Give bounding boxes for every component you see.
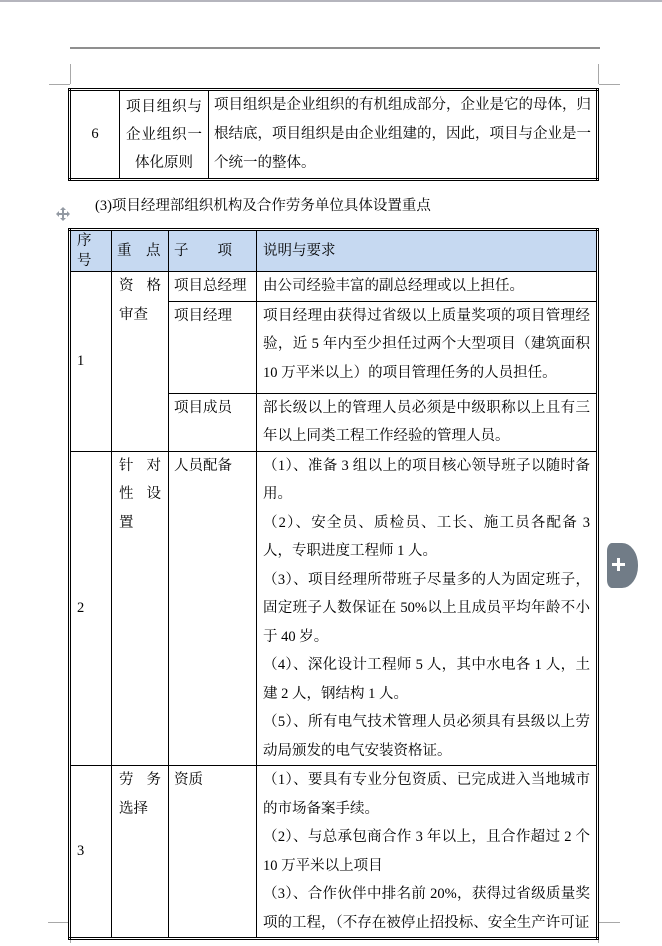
column-header-subitem: 子 项	[169, 230, 257, 272]
column-header-focus: 重 点	[112, 230, 169, 272]
focus-cell: 针对性设置	[112, 451, 169, 766]
crop-mark-bottom-left	[48, 922, 70, 923]
row-number-cell: 6	[70, 90, 120, 180]
window-top-edge	[0, 0, 662, 2]
header-row: 序号 重 点 子 项 说明与要求	[70, 230, 598, 272]
column-header-requirements: 说明与要求	[257, 230, 598, 272]
principle-desc-cell: 项目组织是企业组织的有机组成部分，企业是它的母体，归根结底，项目组织是由企业组建…	[209, 90, 598, 180]
row-number-cell: 2	[70, 451, 112, 766]
requirement-paragraph: （2）、与总承包商合作 3 年以上，且合作超过 2 个 10 万平米以上项目	[263, 823, 590, 880]
row-number-cell: 1	[70, 272, 112, 452]
requirement-cell: 由公司经验丰富的副总经理或以上担任。	[257, 272, 598, 302]
focus-cell: 资格审查	[112, 272, 169, 452]
table-row: 2 针对性设置 人员配备 （1）、准备 3 组以上的项目核心领导班子以随时备用。…	[70, 451, 598, 766]
table-row: 3 劳务选择 资质 （1）、要具有专业分包资质、已完成进入当地城市的市场备案手续…	[70, 766, 598, 939]
subitem-cell: 项目总经理	[169, 272, 257, 302]
table-row: 1 资格审查 项目总经理 由公司经验丰富的副总经理或以上担任。	[70, 272, 598, 302]
requirement-cell: （1）、准备 3 组以上的项目核心领导班子以随时备用。 （2）、安全员、质检员、…	[257, 451, 598, 766]
requirement-paragraph: （3）、项目经理所带班子尽量多的人为固定班子，固定班子人数保证在 50%以上且成…	[263, 566, 590, 652]
requirement-cell: 项目经理由获得过省级以上质量奖项的项目管理经验，近 5 年内至少担任过两个大型项…	[257, 301, 598, 393]
side-expand-button[interactable]	[607, 543, 638, 588]
table-row: 6 项目组织与企业组织一体化原则 项目组织是企业组织的有机组成部分，企业是它的母…	[70, 90, 598, 180]
requirement-paragraph: （1）、准备 3 组以上的项目核心领导班子以随时备用。	[263, 452, 590, 509]
requirement-cell: （1）、要具有专业分包资质、已完成进入当地城市的市场备案手续。 （2）、与总承包…	[257, 766, 598, 939]
table-move-handle-icon[interactable]	[56, 207, 70, 221]
crop-mark-top-right	[598, 64, 599, 84]
requirement-cell: 部长级以上的管理人员必须是中级职称以上且有三年以上同类工程工作经验的管理人员。	[257, 393, 598, 451]
requirement-paragraph: （4）、深化设计工程师 5 人，其中水电各 1 人，土建 2 人，钢结构 1 人…	[263, 651, 590, 708]
column-header-no: 序号	[70, 230, 112, 272]
principles-table: 6 项目组织与企业组织一体化原则 项目组织是企业组织的有机组成部分，企业是它的母…	[68, 88, 599, 181]
crop-mark-bottom-right	[598, 922, 620, 923]
setup-table: 序号 重 点 子 项 说明与要求 1 资格审查 项目总经理 由公司经验丰富的副总…	[68, 228, 599, 940]
subitem-cell: 项目经理	[169, 301, 257, 393]
document-page: { "window": { "top_edge_color": "#b5b5bd…	[0, 0, 662, 946]
crop-mark-top-right	[599, 84, 620, 85]
requirement-paragraph: （3）、合作伙伴中排名前 20%，获得过省级质量奖项的工程，（不存在被停止招投标…	[263, 880, 590, 937]
section-heading: (3)项目经理部组织机构及合作劳务单位具体设置重点	[95, 197, 431, 215]
row-number-cell: 3	[70, 766, 112, 939]
page-divider-line	[70, 47, 600, 49]
focus-cell: 劳务选择	[112, 766, 169, 939]
subitem-cell: 人员配备	[169, 451, 257, 766]
subitem-cell: 资质	[169, 766, 257, 939]
subitem-cell: 项目成员	[169, 393, 257, 451]
principle-name-cell: 项目组织与企业组织一体化原则	[120, 90, 209, 180]
requirement-paragraph: （1）、要具有专业分包资质、已完成进入当地城市的市场备案手续。	[263, 766, 590, 823]
crop-mark-top-left	[70, 64, 71, 84]
crop-mark-top-left	[49, 84, 70, 85]
requirement-paragraph: （2）、安全员、质检员、工长、施工员各配备 3 人，专职进度工程师 1 人。	[263, 509, 590, 566]
requirement-paragraph: （5）、所有电气技术管理人员必须具有县级以上劳动局颁发的电气安装资格证。	[263, 708, 590, 765]
plus-icon	[617, 558, 620, 571]
